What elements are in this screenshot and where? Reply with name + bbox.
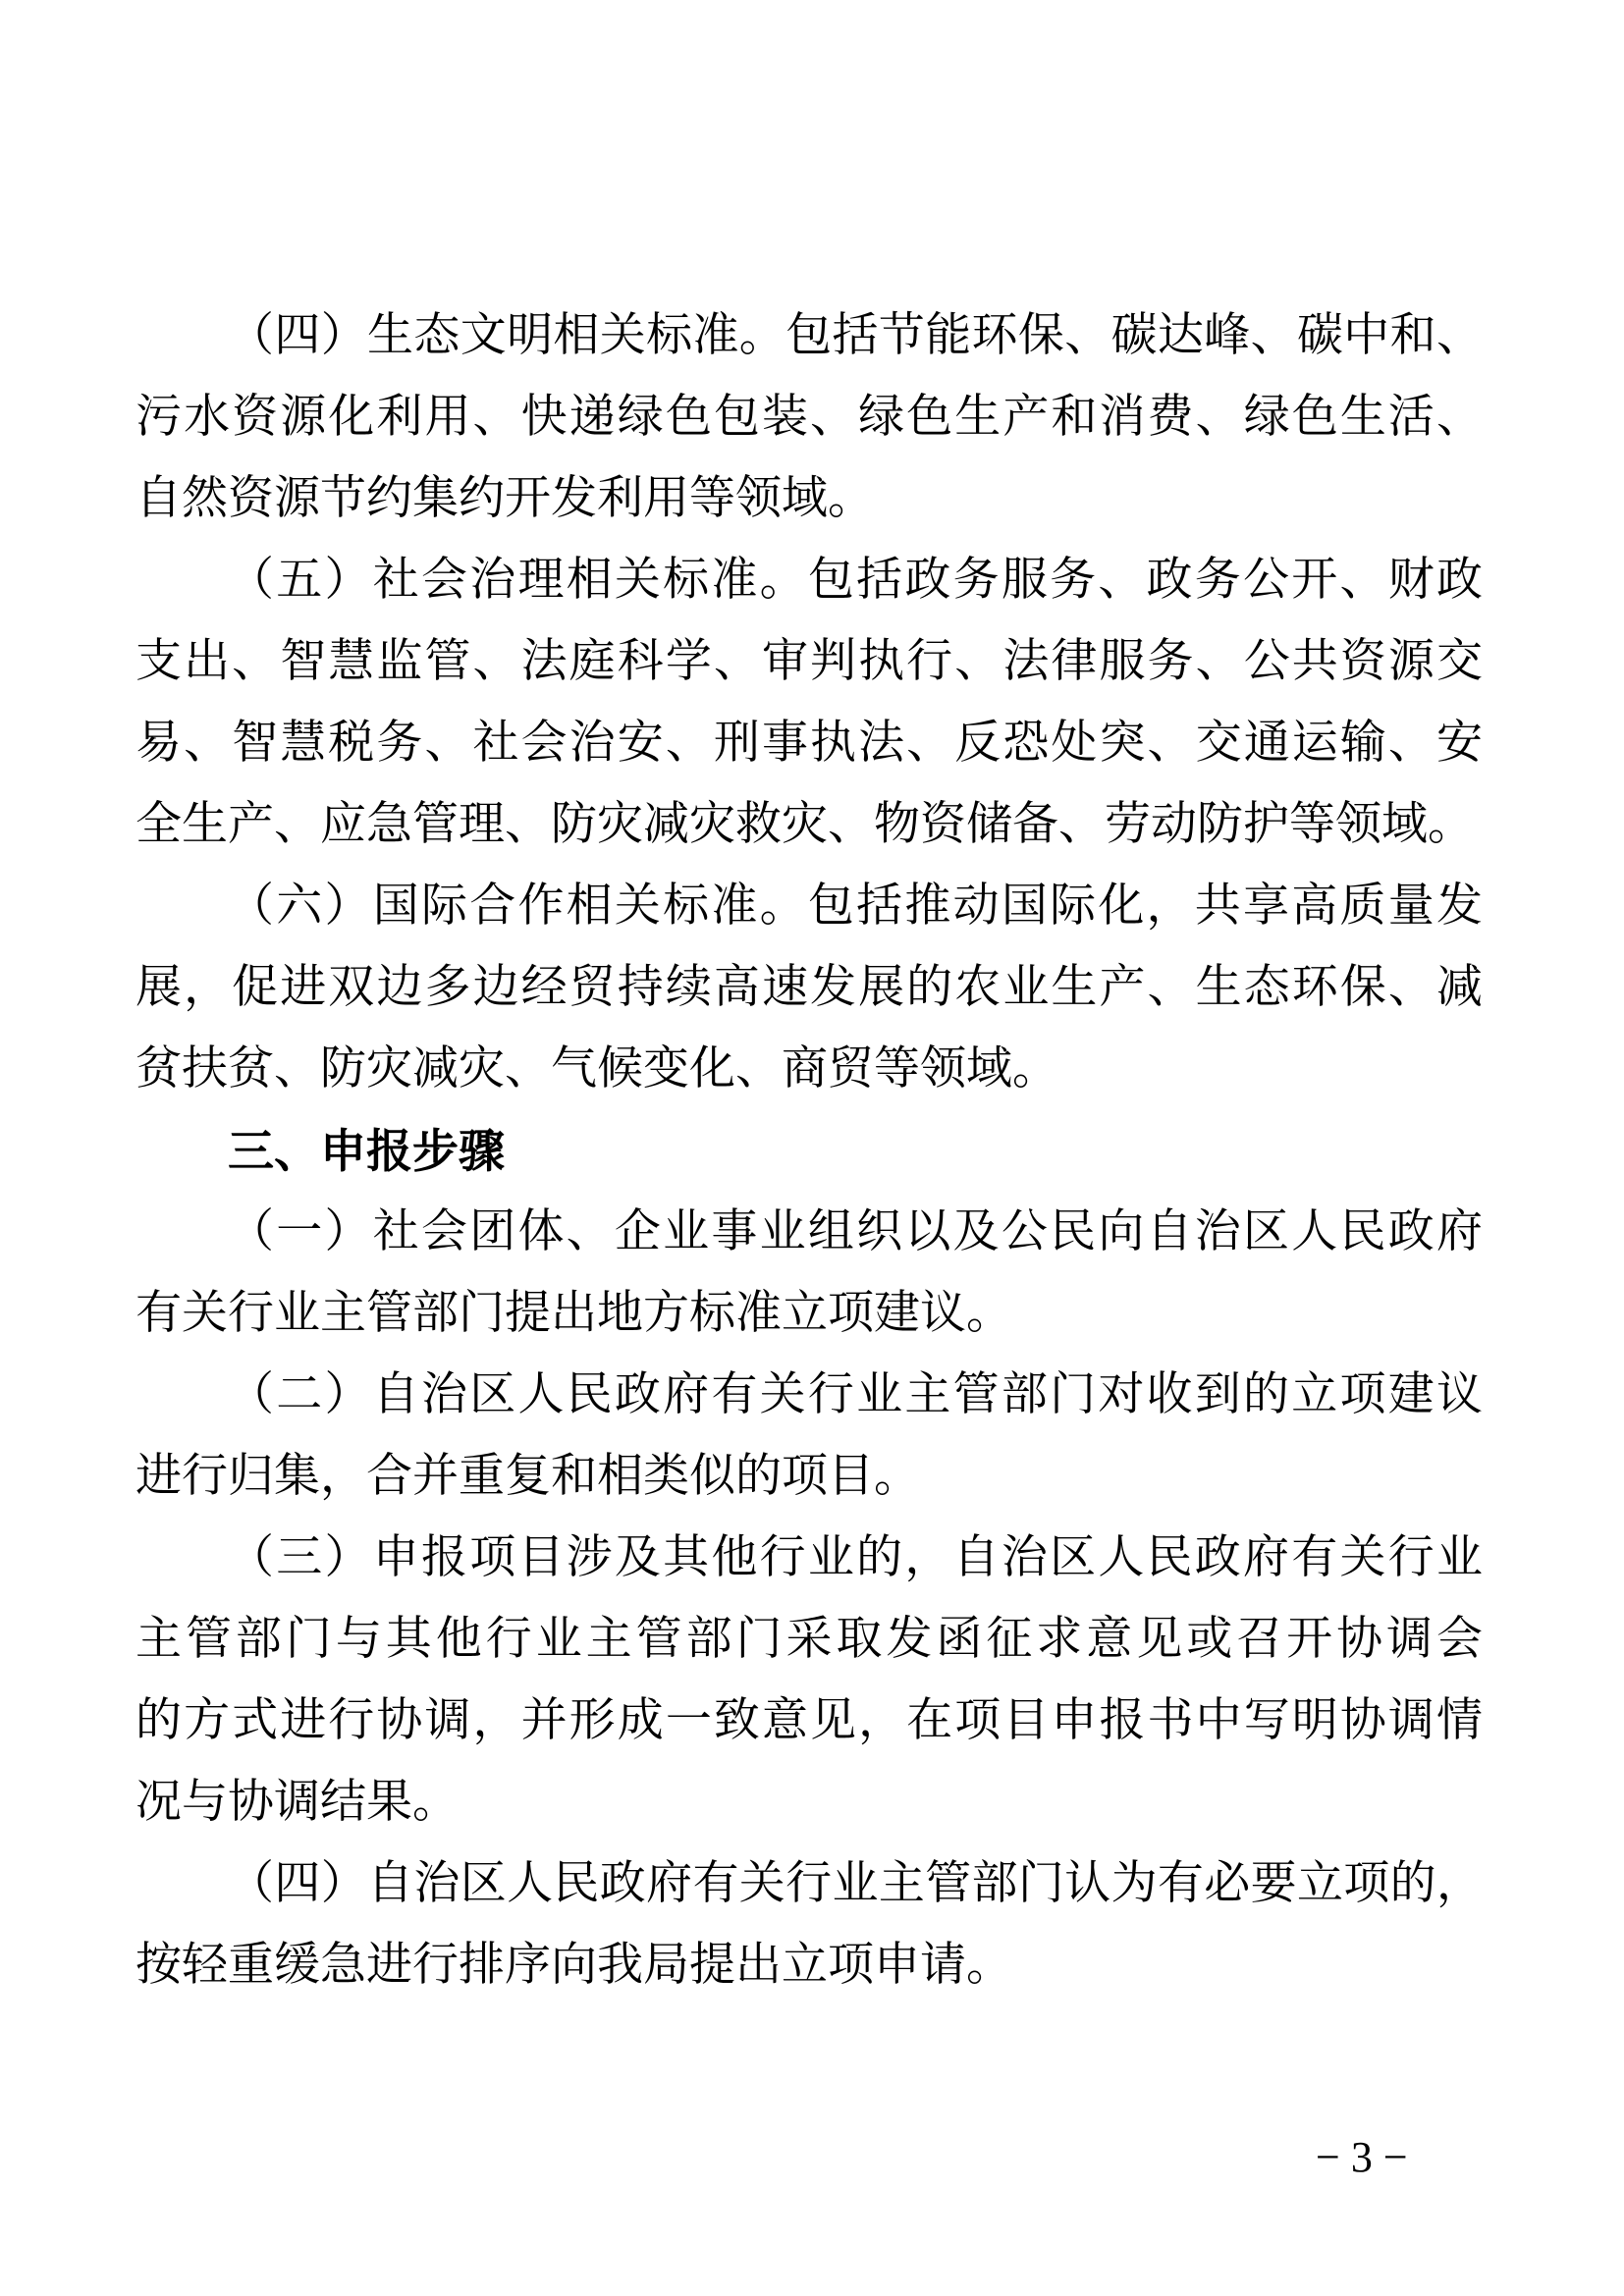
text-line: 易、智慧税务、社会治安、刑事执法、反恐处突、交通运输、安	[135, 703, 1483, 784]
text-line: （六）国际合作相关标准。包括推动国际化，共享高质量发	[135, 866, 1483, 947]
text-line: （五）社会治理相关标准。包括政务服务、政务公开、财政	[135, 540, 1483, 621]
text-line: 进行归集，合并重复和相类似的项目。	[135, 1436, 1483, 1518]
text-line: （三）申报项目涉及其他行业的，自治区人民政府有关行业	[135, 1518, 1483, 1599]
text-line: 况与协调结果。	[135, 1762, 1483, 1843]
section-heading: 三、申报步骤	[135, 1110, 1483, 1192]
text-line: 贫扶贫、防灾减灾、气候变化、商贸等领域。	[135, 1029, 1483, 1110]
text-line: （四）自治区人民政府有关行业主管部门认为有必要立项的，	[135, 1843, 1483, 1925]
text-line: （一）社会团体、企业事业组织以及公民向自治区人民政府	[135, 1192, 1483, 1273]
text-line: 有关行业主管部门提出地方标准立项建议。	[135, 1273, 1483, 1355]
text-line: 污水资源化利用、快递绿色包装、绿色生产和消费、绿色生活、	[135, 377, 1483, 458]
document-page: （四）生态文明相关标准。包括节能环保、碳达峰、碳中和、污水资源化利用、快递绿色包…	[0, 0, 1624, 2296]
text-line: 支出、智慧监管、法庭科学、审判执行、法律服务、公共资源交	[135, 621, 1483, 703]
text-line: 按轻重缓急进行排序向我局提出立项申请。	[135, 1925, 1483, 2006]
text-line: （二）自治区人民政府有关行业主管部门对收到的立项建议	[135, 1355, 1483, 1436]
text-line: （四）生态文明相关标准。包括节能环保、碳达峰、碳中和、	[135, 295, 1483, 377]
text-line: 全生产、应急管理、防灾减灾救灾、物资储备、劳动防护等领域。	[135, 784, 1483, 866]
text-line: 展，促进双边多边经贸持续高速发展的农业生产、生态环保、减	[135, 947, 1483, 1029]
page-number: − 3 −	[1316, 2130, 1408, 2185]
text-line: 主管部门与其他行业主管部门采取发函征求意见或召开协调会	[135, 1599, 1483, 1681]
document-body: （四）生态文明相关标准。包括节能环保、碳达峰、碳中和、污水资源化利用、快递绿色包…	[135, 295, 1483, 2006]
text-line: 的方式进行协调，并形成一致意见，在项目申报书中写明协调情	[135, 1681, 1483, 1762]
text-line: 自然资源节约集约开发利用等领域。	[135, 458, 1483, 540]
